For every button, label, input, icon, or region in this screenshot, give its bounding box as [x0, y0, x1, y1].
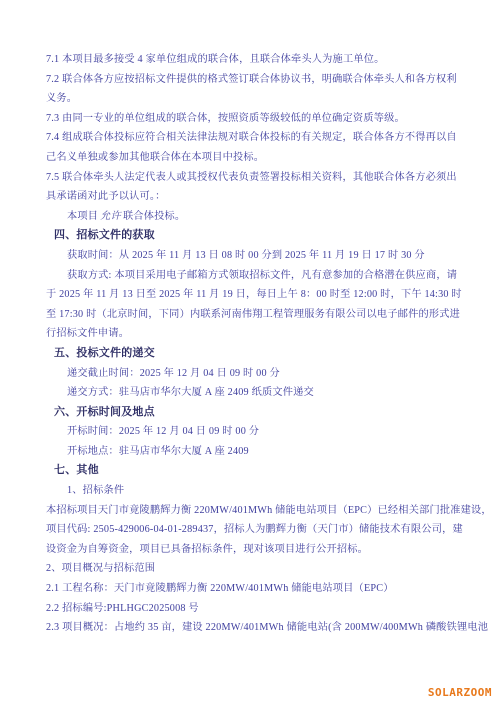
joint-bid-allowed-statement: 本项目允许联合体投标。 [67, 207, 470, 227]
clause-7-2-cont: 义务。 [46, 89, 470, 109]
project-scale-line: 2.3 项目概况：占地约 35 亩，建设 220MW/401MWh 储能电站(含… [46, 618, 470, 638]
bid-opening-place: 开标地点：驻马店市华尔大厦 A 座 2409 [67, 442, 470, 462]
obtain-method-cont-1: 于 2025 年 11 月 13 日至 2025 年 11 月 19 日，每日上… [46, 285, 470, 305]
clause-7-5-cont: 具承诺函对此予以认可。： [46, 187, 470, 207]
clause-7-5: 7.5 联合体牵头人法定代表人或其授权代表负责签署投标相关资料，其他联合体各方必… [46, 168, 470, 188]
tender-conditions-subheading: 1、招标条件 [67, 481, 470, 501]
solarzoom-watermark: SOLARZOOM [428, 686, 492, 699]
submission-deadline: 递交截止时间：2025 年 12 月 04 日 09 时 00 分 [67, 364, 470, 384]
clause-7-3: 7.3 由同一专业的单位组成的联合体，按照资质等级较低的单位确定资质等级。 [46, 109, 470, 129]
project-approval-line: 本招标项目天门市竟陵鹏辉力衡 220MW/401MWh 储能电站项目（EPC）已… [46, 501, 470, 521]
section-5-heading: 五、投标文件的递交 [54, 344, 470, 364]
clause-7-1: 7.1 本项目最多接受 4 家单位组成的联合体，且联合体牵头人为施工单位。 [46, 50, 470, 70]
project-funding-line: 设资金为自筹资金，项目已具备招标条件，现对该项目进行公开招标。 [46, 540, 470, 560]
tender-number-line: 2.2 招标编号:PHLHGC2025008 号 [46, 599, 470, 619]
clause-7-2: 7.2 联合体各方应按招标文件提供的格式签订联合体协议书，明确联合体牵头人和各方… [46, 70, 470, 90]
clause-7-4-cont: 己名义单独或参加其他联合体在本项目中投标。 [46, 148, 470, 168]
allow-suffix: 联合体投标。 [123, 211, 185, 222]
obtain-method-cont-3: 行招标文件申请。 [46, 324, 470, 344]
project-name-line: 2.1 工程名称：天门市竟陵鹏辉力衡 220MW/401MWh 储能电站项目（E… [46, 579, 470, 599]
obtain-method-cont-2: 至 17:30 时（北京时间，下同）内联系河南伟翔工程管理服务有限公司以电子邮件… [46, 305, 470, 325]
section-6-heading: 六、开标时间及地点 [54, 403, 470, 423]
tender-notice-page: 7.1 本项目最多接受 4 家单位组成的联合体，且联合体牵头人为施工单位。 7.… [0, 0, 500, 709]
allow-prefix: 本项目 [67, 211, 98, 222]
section-7-heading: 七、其他 [54, 461, 470, 481]
obtain-method: 获取方式: 本项目采用电子邮箱方式领取招标文件，凡有意参加的合格潜在供应商，请 [67, 266, 470, 286]
section-4-heading: 四、招标文件的获取 [54, 226, 470, 246]
project-overview-subheading: 2、项目概况与招标范围 [46, 559, 470, 579]
obtain-time: 获取时间：从 2025 年 11 月 13 日 08 时 00 分到 2025 … [67, 246, 470, 266]
submission-method: 递交方式：驻马店市华尔大厦 A 座 2409 纸质文件递交 [67, 383, 470, 403]
project-code-line: 项目代码: 2505-429006-04-01-289437，招标人为鹏辉力衡（… [46, 520, 470, 540]
bid-opening-time: 开标时间：2025 年 12 月 04 日 09 时 00 分 [67, 422, 470, 442]
allow-emphasis: 允许 [98, 211, 123, 222]
clause-7-4: 7.4 组成联合体投标应符合相关法律法规对联合体投标的有关规定，联合体各方不得再… [46, 128, 470, 148]
document-body: 7.1 本项目最多接受 4 家单位组成的联合体，且联合体牵头人为施工单位。 7.… [46, 50, 470, 638]
